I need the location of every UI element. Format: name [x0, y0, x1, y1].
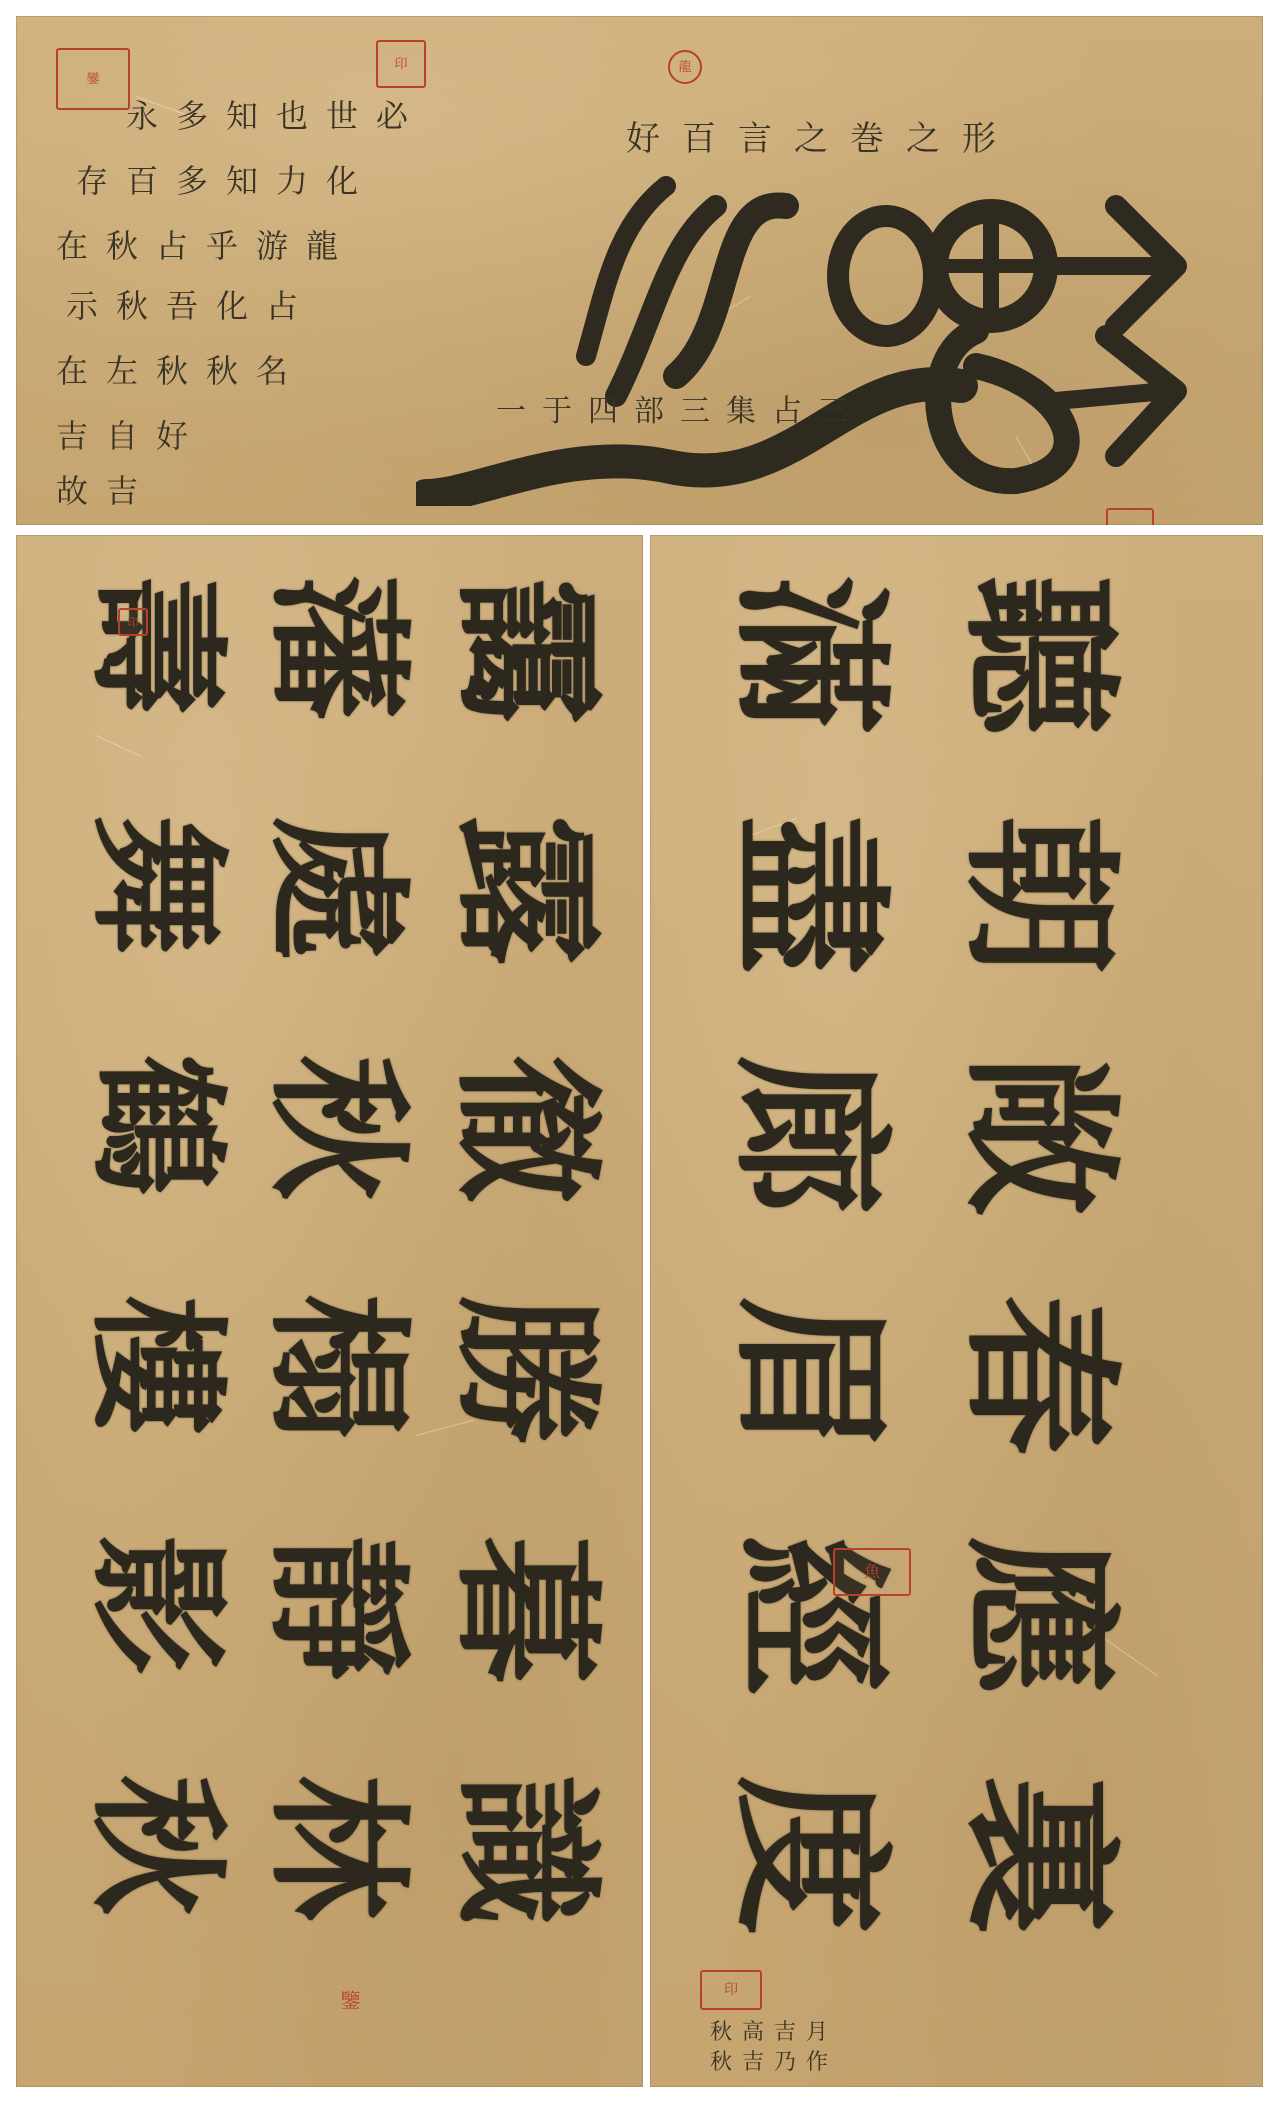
calligraphy-column: 滿 盡 廊 眉 經 度	[710, 575, 910, 1935]
inscription-row: 存百多知力化	[76, 156, 376, 202]
calligraphy-column: 壽 舞 鶴 樓 影 秋	[76, 575, 236, 1915]
calligraphy-char: 秋	[86, 1775, 226, 1915]
calligraphy-char: 勝	[451, 1295, 601, 1445]
seal-bottom: 印	[700, 1970, 762, 2010]
left-calligraphy-panel: 靄 露 徹 勝 暮 識 藩 處 秋 榻 靜 林 壽 舞 鶴 樓 影 秋 印 鑒	[16, 535, 643, 2087]
calligraphy-char: 林	[264, 1775, 409, 1920]
calligraphy-char: 鶴	[86, 1055, 226, 1195]
calligraphy-char: 滿	[730, 575, 890, 735]
inscription-row: 在左秋秋名	[56, 346, 306, 392]
seal-top-middle: 印	[376, 40, 426, 88]
inscription-row: 故吉	[56, 466, 156, 512]
calligraphy-char: 靜	[264, 1535, 409, 1680]
calligraphy-char: 應	[960, 1535, 1120, 1695]
calligraphy-char: 處	[264, 815, 409, 960]
seal-fish: 魚	[833, 1548, 911, 1596]
calligraphy-char: 春	[960, 1295, 1120, 1455]
calligraphy-char: 樓	[86, 1295, 226, 1435]
inscription-row: 好百言之巻之形	[626, 111, 1018, 160]
calligraphy-char: 識	[451, 1775, 601, 1925]
calligraphy-char: 盡	[730, 815, 890, 975]
calligraphy-char: 度	[730, 1775, 890, 1935]
calligraphy-char: 暮	[451, 1535, 601, 1685]
calligraphy-column: 靄 露 徹 勝 暮 識	[436, 575, 616, 1925]
seal-top-lower-right	[1106, 508, 1154, 525]
calligraphy-char: 藩	[264, 575, 409, 720]
seal-top-upper-right: 龍	[668, 50, 702, 84]
calligraphy-column: 藩 處 秋 榻 靜 林	[251, 575, 421, 1920]
inscription-row: 在秋占乎游龍	[56, 221, 356, 267]
calligraphy-char: 眉	[730, 1295, 890, 1455]
calligraphy-char: 露	[451, 815, 601, 965]
calligraphy-char: 舞	[86, 815, 226, 955]
calligraphy-char: 徹	[451, 1055, 601, 1205]
seal-left-bottom: 鑒	[336, 1980, 362, 2020]
calligraphy-char: 秋	[264, 1055, 409, 1200]
calligraphy-column: 聽 朝 敞 春 應 裏	[940, 575, 1140, 1935]
calligraphy-char: 廊	[730, 1055, 890, 1215]
seal-top-left: 鑾	[56, 48, 130, 110]
inscription-row: 永多知也世必	[126, 91, 426, 137]
inscription-row: 一于四部三集占三	[496, 386, 864, 430]
signature-inscription: 秋高吉月	[710, 2015, 838, 2046]
inscription-row: 示秋吾化占	[66, 281, 316, 327]
calligraphy-char: 影	[86, 1535, 226, 1675]
calligraphy-char: 靄	[451, 575, 601, 725]
inscription-row: 吉自好	[56, 411, 206, 457]
main-archaic-glyph	[416, 166, 1196, 506]
top-calligraphy-panel: 鑾 印 龍 好百言之巻之形 永多知也世必 存百多知力化 在秋占乎游龍 示秋吾化占…	[16, 16, 1263, 525]
right-calligraphy-panel: 聽 朝 敞 春 應 裏 滿 盡 廊 眉 經 度 魚 印 秋高吉月 秋吉乃作	[650, 535, 1263, 2087]
calligraphy-char: 朝	[960, 815, 1120, 975]
calligraphy-char: 裏	[960, 1775, 1120, 1935]
signature-inscription: 秋吉乃作	[710, 2045, 838, 2076]
calligraphy-char: 榻	[264, 1295, 409, 1440]
calligraphy-char: 敞	[960, 1055, 1120, 1215]
calligraphy-char: 壽	[86, 575, 226, 715]
seal-left-top: 印	[118, 608, 148, 636]
calligraphy-char: 聽	[960, 575, 1120, 735]
